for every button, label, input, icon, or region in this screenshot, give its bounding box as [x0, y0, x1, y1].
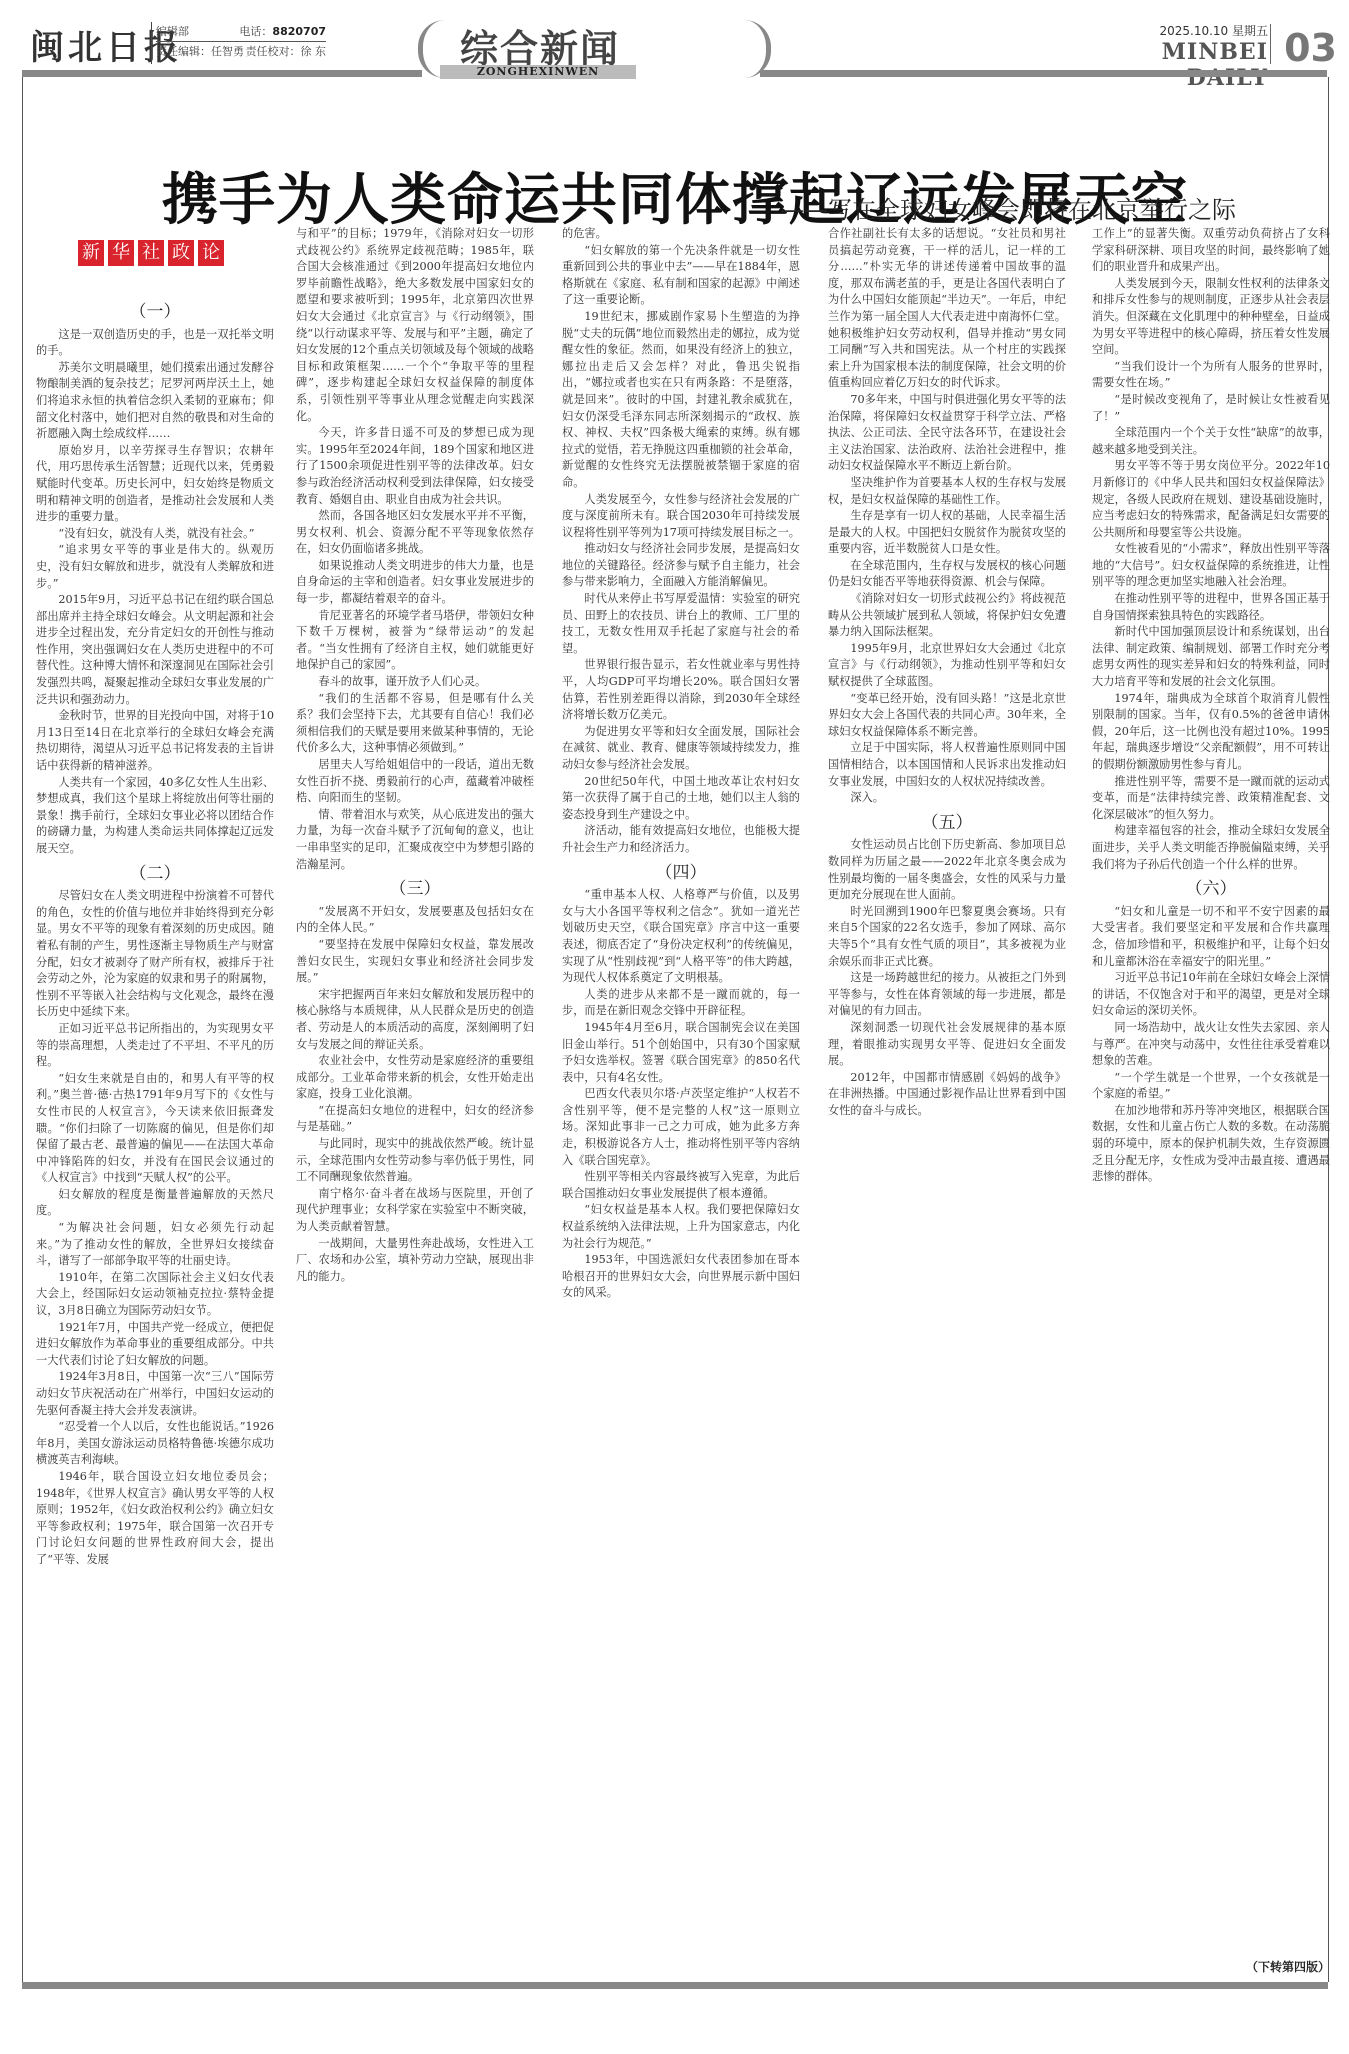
- paragraph: “为解决社会问题，妇女必须先行动起来。”为了推动女性的解放，全世界妇女接续奋斗，…: [36, 1220, 274, 1270]
- paragraph: 时代从来停止书写厚爱温情：实验室的研究员、田野上的农技员、讲台上的教师、工厂里的…: [562, 591, 800, 657]
- paragraph: 1953年，中国选派妇女代表团参加在哥本哈根召开的世界妇女大会，向世界展示新中国…: [562, 1252, 800, 1302]
- paragraph: 妇女解放的程度是衡量普遍解放的天然尺度。: [36, 1187, 274, 1220]
- paragraph: 新时代中国加强顶层设计和系统谋划，出台法律、制定政策、编制规划、部署工作时充分考…: [1092, 624, 1330, 690]
- section-heading: （三）: [296, 881, 534, 898]
- paragraph: 人类共有一个家园，40多亿女性人生出彩、梦想成真，我们这个星球上将绽放出何等壮丽…: [36, 775, 274, 858]
- paragraph: 原始岁月，以辛劳探寻生存智识；农耕年代，用巧思传承生活智慧；近现代以来，凭勇毅赋…: [36, 443, 274, 526]
- paragraph: “追求男女平等的事业是伟大的。纵观历史，没有妇女解放和进步，就没有人类解放和进步…: [36, 542, 274, 592]
- section-heading: （五）: [828, 815, 1066, 832]
- paragraph: 世界银行报告显示，若女性就业率与男性持平，人均GDP可平均增长20%。联合国妇女…: [562, 657, 800, 723]
- header-rule-left: [22, 70, 422, 77]
- article-column-1: （一）这是一双创造历史的手，也是一双托举文明的手。苏美尔文明晨曦里，她们摸索出通…: [36, 296, 274, 1976]
- paragraph: 女性运动员占比创下历史新高、参加项目总数同样为历届之最——2022年北京冬奥会成…: [828, 837, 1066, 903]
- paragraph: 同一场浩劫中，战火让女性失去家园、亲人与尊严。在冲突与动荡中，女性往往承受着难以…: [1092, 1020, 1330, 1070]
- paragraph: “忍受着一个人以后，女性也能说话。”1926年8月，美国女游泳运动员格特鲁德·埃…: [36, 1419, 274, 1469]
- paragraph: 一战期间，大量男性奔赴战场，女性进入工厂、农场和办公室，填补劳动力空缺，展现出非…: [296, 1236, 534, 1286]
- paragraph: 全球范围内一个个关于女性“缺席”的故事，越来越多地受到关注。: [1092, 425, 1330, 458]
- paragraph: 在加沙地带和苏丹等冲突地区，根据联合国数据，女性和儿童占伤亡人数的多数。在动荡脆…: [1092, 1103, 1330, 1186]
- paragraph: 这是一双创造历史的手，也是一双托举文明的手。: [36, 327, 274, 360]
- paragraph: 济活动，能有效提高妇女地位，也能极大提升社会生产力和经济活力。: [562, 823, 800, 856]
- phone-number: 8820707: [272, 25, 326, 38]
- article-subheadline: ——写在全球妇女峰会即将在北京举行之际: [780, 190, 1236, 225]
- paragraph: 南宁格尔·奋斗者在战场与医院里，开创了现代护理事业；女科学家在实验室中不断突破，…: [296, 1186, 534, 1236]
- paragraph: 人类发展至今，女性参与经济社会发展的广度与深度前所未有。联合国2030年可持续发…: [562, 492, 800, 542]
- paragraph: 这是一场跨越世纪的接力。从被拒之门外到平等参与，女性在体育领域的每一步进展，都是…: [828, 970, 1066, 1020]
- paragraph: “重申基本人权、人格尊严与价值，以及男女与大小各国平等权利之信念”。犹如一道光芒…: [562, 887, 800, 987]
- paragraph: 与此同时，现实中的挑战依然严峻。统计显示，全球范围内女性劳动参与率仍低于男性，同…: [296, 1136, 534, 1186]
- paragraph: 推进性别平等，需要不是一蹴而就的运动式变革，而是“法律持续完善、政策精准配套、文…: [1092, 774, 1330, 824]
- paragraph: “我们的生活都不容易，但是哪有什么关系？我们会坚持下去，尤其要有自信心！我们必须…: [296, 691, 534, 757]
- paragraph: 习近平总书记10年前在全球妇女峰会上深情的讲话，不仅饱含对于和平的渴望，更是对全…: [1092, 970, 1330, 1020]
- paragraph: “是时候改变视角了，是时候让女性被看见了！”: [1092, 392, 1330, 425]
- paragraph: “要坚持在发展中保障妇女权益，靠发展改善妇女民生，实现妇女事业和经济社会同步发展…: [296, 937, 534, 987]
- paragraph: 深刻洞悉一切现代社会发展规律的基本原理，着眼推动实现男女平等、促进妇女全面发展。: [828, 1020, 1066, 1070]
- paragraph: “妇女解放的第一个先决条件就是一切女性重新回到公共的事业中去”——早在1884年…: [562, 243, 800, 309]
- paragraph: “在提高妇女地位的进程中，妇女的经济参与是基础。”: [296, 1103, 534, 1136]
- xinhua-commentary-badge: 新 华 社 政 论: [78, 240, 224, 266]
- paragraph: 在全球范围内，生存权与发展权的核心问题仍是妇女能否平等地获得资源、机会与保障。: [828, 558, 1066, 591]
- paragraph: 1924年3月8日，中国第一次“三八”国际劳动妇女节庆祝活动在广州举行，中国妇女…: [36, 1369, 274, 1419]
- paragraph: 推动妇女与经济社会同步发展，是提高妇女地位的关键路径。经济参与赋予自主能力，社会…: [562, 541, 800, 591]
- paragraph: 1910年，在第二次国际社会主义妇女代表大会上，经国际妇女运动领袖克拉拉·蔡特金…: [36, 1270, 274, 1320]
- paragraph: “妇女权益是基本人权。我们要把保障妇女权益系统纳入法律法规，上升为国家意志，内化…: [562, 1202, 800, 1252]
- paragraph: 《消除对妇女一切形式歧视公约》将歧视范畴从公共领域扩展到私人领域，将保护妇女免遭…: [828, 591, 1066, 641]
- paragraph: 为促进男女平等和妇女全面发展，国际社会在减贫、就业、教育、健康等领域持续发力，推…: [562, 724, 800, 774]
- divider: [1270, 24, 1271, 64]
- section-heading: （一）: [36, 304, 274, 321]
- paragraph: 人类的进步从来都不是一蹴而就的，每一步，而是在新旧观念交锋中开辟征程。: [562, 987, 800, 1020]
- badge-char: 华: [108, 240, 134, 266]
- paragraph: “没有妇女，就没有人类，就没有社会。”: [36, 526, 274, 543]
- footer-rule: [22, 1982, 1328, 1989]
- proofreader-credit: 责任校对：徐 东: [246, 42, 327, 61]
- paragraph: 的危害。: [562, 226, 800, 243]
- masthead: 闽北日报 编辑部 电话：8820707 责任编辑：任智勇 责任校对：徐 东 综合…: [0, 0, 1349, 72]
- paragraph: 20世纪50年代，中国土地改革让农村妇女第一次获得了属于自己的土地，她们以主人翁…: [562, 774, 800, 824]
- paragraph: 坚决维护作为首要基本人权的生存权与发展权，是妇女权益保障的基础性工作。: [828, 475, 1066, 508]
- paragraph: 然而，各国各地区妇女发展水平并不平衡，男女权利、机会、资源分配不平等现象依然存在…: [296, 508, 534, 558]
- paragraph: 2012年，中国都市情感剧《妈妈的战争》在非洲热播。中国通过影视作品让世界看到中…: [828, 1070, 1066, 1120]
- paragraph: “变革已经开始，没有回头路！”这是北京世界妇女大会上各国代表的共同心声。30年来…: [828, 691, 1066, 741]
- article-column-4: 合作社副社长有太多的话想说。“女社员和男社员搞起劳动竞赛，干一样的活儿，记一样的…: [828, 226, 1066, 1976]
- paragraph: 巴西女代表贝尔塔·卢茨坚定维护“人权若不含性别平等，便不是完整的人权”这一原则立…: [562, 1086, 800, 1169]
- paragraph: “妇女生来就是自由的，和男人有平等的权利。”奥兰普·德·古热1791年9月写下的…: [36, 1071, 274, 1187]
- dept-label: 编辑部: [156, 22, 189, 41]
- paragraph: 时光回溯到1900年巴黎夏奥会赛场。只有来自5个国家的22名女选手，参加了网球、…: [828, 904, 1066, 970]
- paragraph: 如果说推动人类文明进步的伟大力量，也是自身命运的主宰和创造者。妇女事业发展进步的…: [296, 558, 534, 608]
- paragraph: “发展离不开妇女，发展要惠及包括妇女在内的全体人民。”: [296, 904, 534, 937]
- section-heading: （四）: [562, 865, 800, 882]
- article-column-2: 与和平”的目标；1979年，《消除对妇女一切形式歧视公约》系统界定歧视范畴；19…: [296, 226, 534, 1976]
- badge-char: 论: [198, 240, 224, 266]
- paragraph: 立足于中国实际，将人权普遍性原则同中国国情相结合，以本国国情和人民诉求出发推动妇…: [828, 740, 1066, 790]
- paragraph: 今天，许多昔日遥不可及的梦想已成为现实。1995年至2024年间，189个国家和…: [296, 425, 534, 508]
- badge-char: 社: [138, 240, 164, 266]
- editor-credit: 责任编辑：任智勇: [156, 42, 244, 61]
- paragraph: 在推动性别平等的进程中，世界各国正基于自身国情探索独具特色的实践路径。: [1092, 591, 1330, 624]
- paragraph: 生存是享有一切人权的基础，人民幸福生活是最大的人权。中国把妇女脱贫作为脱贫攻坚的…: [828, 508, 1066, 558]
- section-heading: （六）: [1092, 881, 1330, 898]
- paragraph: 春斗的故事，谨开放予人们心灵。: [296, 674, 534, 691]
- paragraph: 性别平等相关内容最终被写入宪章，为此后联合国推动妇女事业发展提供了根本遵循。: [562, 1169, 800, 1202]
- paragraph: 合作社副社长有太多的话想说。“女社员和男社员搞起劳动竞赛，干一样的活儿，记一样的…: [828, 226, 1066, 392]
- paragraph: 男女平等不等于男女岗位平分。2022年10月新修订的《中华人民共和国妇女权益保障…: [1092, 458, 1330, 541]
- paragraph: “一个学生就是一个世界，一个女孩就是一个家庭的希望。”: [1092, 1070, 1330, 1103]
- continued-note: （下转第四版）: [1092, 1958, 1330, 1975]
- paragraph: 宋宇把握两百年来妇女解放和发展历程中的核心脉络与本质规律，从人民群众是历史的创造…: [296, 987, 534, 1053]
- paragraph: 深入。: [828, 790, 1066, 807]
- article-column-3: 的危害。“妇女解放的第一个先决条件就是一切女性重新回到公共的事业中去”——早在1…: [562, 226, 800, 1976]
- paragraph: 居里夫人写给姐姐信中的一段话，道出无数女性百折不挠、勇毅前行的心声，蕴藏着冲破桎…: [296, 757, 534, 807]
- paragraph: 女性被看见的“小需求”，释放出性别平等落地的“大信号”。妇女权益保障的系统推进，…: [1092, 541, 1330, 591]
- paragraph: 情、带着泪水与欢笑，从心底进发出的强大力量，为每一次奋斗赋予了沉甸甸的意义，也让…: [296, 807, 534, 873]
- paragraph: 工作上”的显著失衡。双重劳动负荷挤占了女科学家科研深耕、项目攻坚的时间，最终影响…: [1092, 226, 1330, 276]
- paragraph: 金秋时节，世界的目光投向中国，对将于10月13日至14日在北京举行的全球妇女峰会…: [36, 708, 274, 774]
- paragraph: “妇女和儿童是一切不和平不安宁因素的最大受害者。我们要坚定和平发展和合作共赢理念…: [1092, 904, 1330, 970]
- paragraph: 1995年9月，北京世界妇女大会通过《北京宣言》与《行动纲领》，为推动性别平等和…: [828, 641, 1066, 691]
- paragraph: 苏美尔文明晨曦里，她们摸索出通过发酵谷物酿制美酒的复杂技艺；尼罗河两岸沃土上，她…: [36, 360, 274, 443]
- section-heading: （二）: [36, 866, 274, 883]
- paragraph: 2015年9月，习近平总书记在纽约联合国总部出席并主持全球妇女峰会。从文明起源和…: [36, 592, 274, 708]
- paragraph: 构建幸福包容的社会，推动全球妇女发展全面进步，关乎人类文明能否挣脱偏隘束缚，关乎…: [1092, 823, 1330, 873]
- badge-char: 政: [168, 240, 194, 266]
- page-number: 03: [1284, 26, 1337, 70]
- paragraph: 1974年，瑞典成为全球首个取消育儿假性别限制的国家。当年，仅有0.5%的爸爸申…: [1092, 691, 1330, 774]
- paragraph: 正如习近平总书记所指出的，为实现男女平等的崇高理想，人类走过了不平坦、不平凡的历…: [36, 1021, 274, 1071]
- paragraph: 19世纪末，挪威剧作家易卜生塑造的为挣脱“丈夫的玩偶”地位而毅然出走的娜拉，成为…: [562, 309, 800, 492]
- paragraph: 1921年7月，中国共产党一经成立，便把促进妇女解放作为革命事业的重要组成部分。…: [36, 1320, 274, 1370]
- article-column-5: 工作上”的显著失衡。双重劳动负荷挤占了女科学家科研深耕、项目攻坚的时间，最终影响…: [1092, 226, 1330, 1976]
- paragraph: 1945年4月至6月，联合国制宪会议在美国旧金山举行。51个创始国中，只有30个…: [562, 1020, 800, 1086]
- section-title: 综合新闻 ZONGHEXINWEN: [430, 18, 645, 66]
- issue-date: 2025.10.10 星期五: [1090, 22, 1268, 39]
- paragraph: 人类发展到今天，限制女性权利的法律条文和排斥女性参与的规则制度，正逐步从社会表层…: [1092, 276, 1330, 359]
- paragraph: 与和平”的目标；1979年，《消除对妇女一切形式歧视公约》系统界定歧视范畴；19…: [296, 226, 534, 425]
- paragraph: 肯尼亚著名的环境学者马塔伊，带领妇女种下数千万棵树，被誉为“绿带运动”的发起者。…: [296, 608, 534, 674]
- paragraph: 1946年，联合国设立妇女地位委员会；1948年，《世界人权宣言》确认男女平等的…: [36, 1469, 274, 1569]
- paragraph: 农业社会中，女性劳动是家庭经济的重要组成部分。工业革命带来新的机会，女性开始走出…: [296, 1053, 534, 1103]
- paragraph: “当我们设计一个为所有人服务的世界时，需要女性在场。”: [1092, 359, 1330, 392]
- badge-char: 新: [78, 240, 104, 266]
- paragraph: 70多年来，中国与时俱进强化男女平等的法治保障，将保障妇女权益贯穿于科学立法、严…: [828, 392, 1066, 475]
- editorial-info: 编辑部 电话：8820707 责任编辑：任智勇 责任校对：徐 东: [151, 22, 326, 64]
- phone-label: 电话：: [239, 25, 272, 38]
- paragraph: 尽管妇女在人类文明进程中扮演着不可替代的角色，女性的价值与地位并非始终得到充分彰…: [36, 888, 274, 1021]
- header-rule-right: [760, 70, 1327, 77]
